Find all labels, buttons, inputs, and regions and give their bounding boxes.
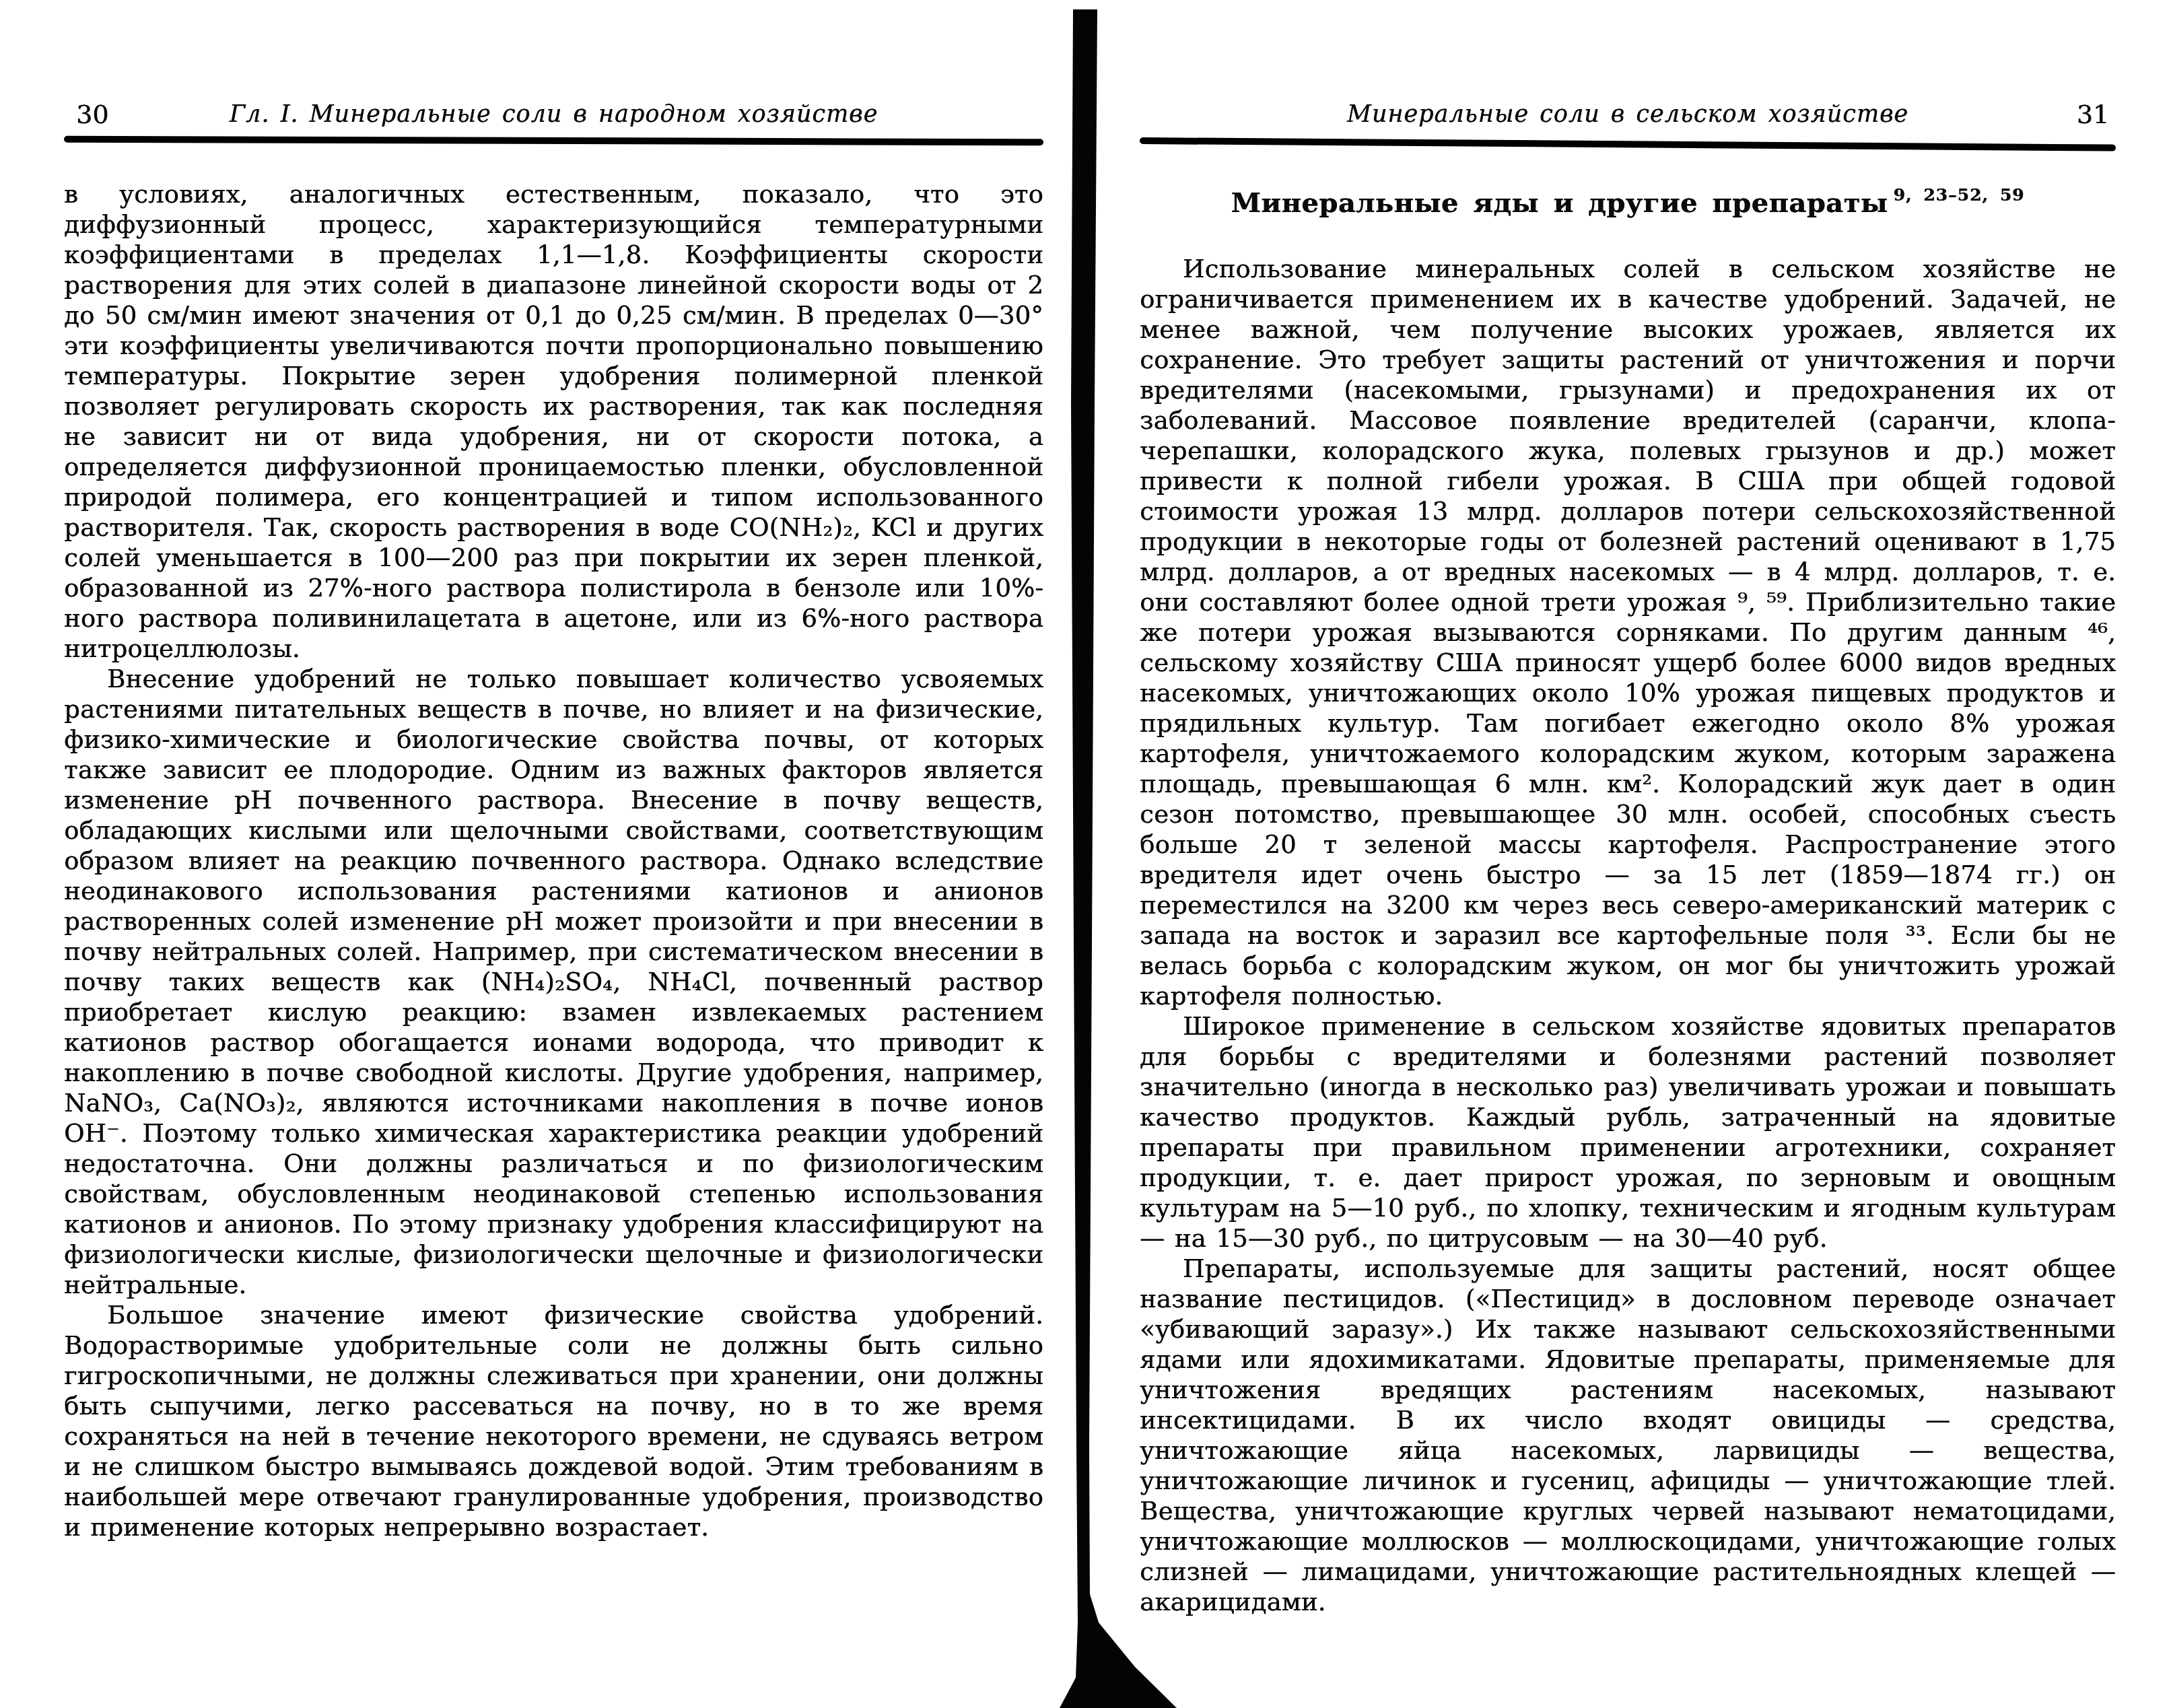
section-title: Минеральные яды и другие препараты9, 23–… (1140, 182, 2116, 219)
right-running-title: Минеральные соли в сельском хозяйстве (1140, 101, 2116, 128)
right-running-head: Минеральные соли в сельском хозяйстве 31 (1140, 101, 2116, 133)
left-page: 30 Гл. I. Минеральные соли в народном хо… (64, 101, 1043, 1542)
right-page-number: 31 (2077, 100, 2109, 129)
left-header-rule (64, 136, 1043, 146)
body-paragraph: Внесение удобрений не только повышает ко… (64, 664, 1043, 1300)
section-title-text: Минеральные яды и другие препараты (1231, 187, 1888, 219)
section-title-references: 9, 23–52, 59 (1893, 185, 2024, 205)
right-page: Минеральные соли в сельском хозяйстве 31… (1140, 101, 2116, 1617)
body-paragraph: Большое значение имеют физические свойст… (64, 1300, 1043, 1542)
book-spread: 30 Гл. I. Минеральные соли в народном хо… (0, 0, 2171, 1708)
right-page-text: Использование минеральных солей в сельск… (1140, 254, 2116, 1617)
left-page-text: в условиях, аналогичных естественным, по… (64, 179, 1043, 1542)
body-paragraph: Препараты, используемые для защиты расте… (1140, 1254, 2116, 1617)
body-paragraph: Широкое применение в сельском хозяйстве … (1140, 1011, 2116, 1254)
body-paragraph: Использование минеральных солей в сельск… (1140, 254, 2116, 1011)
body-paragraph: в условиях, аналогичных естественным, по… (64, 179, 1043, 664)
right-header-rule (1140, 137, 2116, 151)
left-running-title: Гл. I. Минеральные соли в народном хозяй… (64, 101, 1043, 128)
left-running-head: 30 Гл. I. Минеральные соли в народном хо… (64, 101, 1043, 133)
book-gutter-shadow-icon (996, 0, 1212, 1708)
